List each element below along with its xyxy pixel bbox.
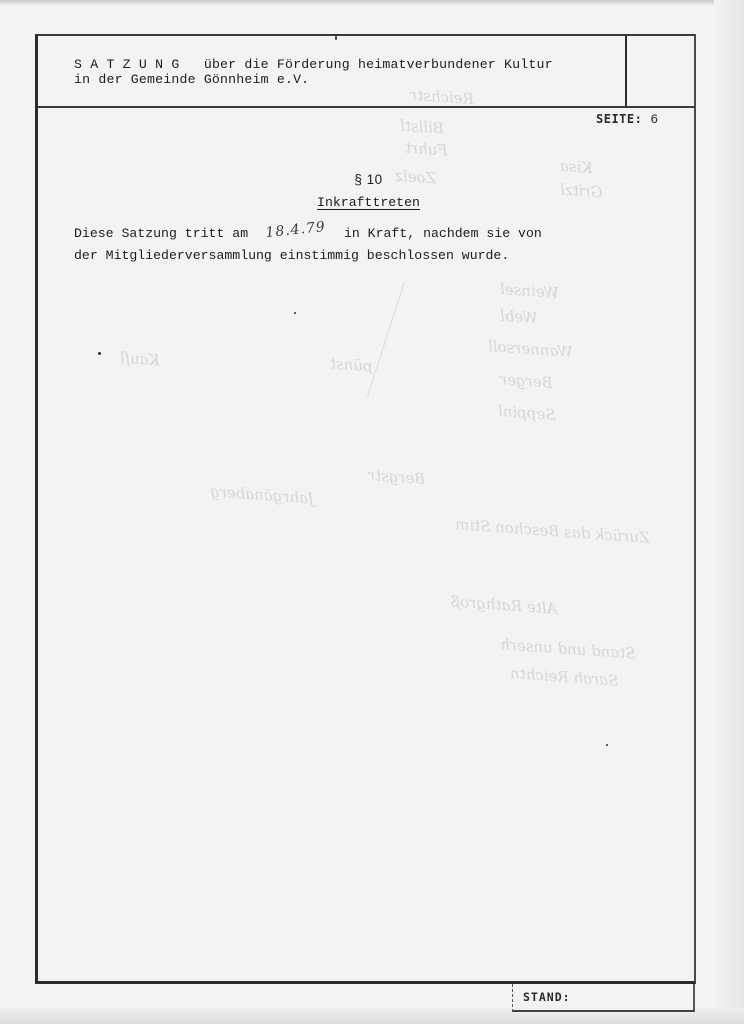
page-number-value: 6	[650, 112, 658, 127]
section-number: § 10	[38, 172, 699, 187]
section-title-text: Inkrafttreten	[317, 195, 420, 210]
body-text-before-date: Diese Satzung tritt am	[74, 226, 256, 241]
scan-speck	[294, 312, 296, 314]
page-label: SEITE:	[596, 112, 642, 126]
document-title: S A T Z U N G über die Förderung heimatv…	[74, 57, 553, 87]
header-divider	[38, 106, 694, 108]
page-number: SEITE:6	[596, 112, 659, 127]
title-line2: in der Gemeinde Gönnheim e.V.	[74, 72, 309, 87]
body-text-after-date: in Kraft, nachdem sie von	[336, 226, 542, 241]
scan-speck	[606, 744, 608, 746]
document-frame: S A T Z U N G über die Förderung heimatv…	[35, 34, 696, 984]
section-body: Diese Satzung tritt am 18.4.79 in Kraft,…	[74, 222, 542, 267]
stand-box: STAND:	[512, 984, 695, 1012]
title-line1: über die Förderung heimatverbundener Kul…	[204, 57, 553, 72]
body-text-line2: der Mitgliederversammlung einstimmig bes…	[74, 248, 509, 263]
title-label: S A T Z U N G	[74, 57, 179, 72]
page-edge-shadow	[714, 0, 744, 1024]
header-box: S A T Z U N G über die Förderung heimatv…	[38, 36, 627, 106]
page-top-edge	[0, 0, 744, 5]
scan-speck	[98, 352, 101, 355]
section-title: Inkrafttreten	[38, 195, 699, 210]
scan-speck	[335, 36, 337, 40]
stand-label: STAND:	[523, 990, 571, 1004]
handwritten-date: 18.4.79	[255, 215, 337, 245]
